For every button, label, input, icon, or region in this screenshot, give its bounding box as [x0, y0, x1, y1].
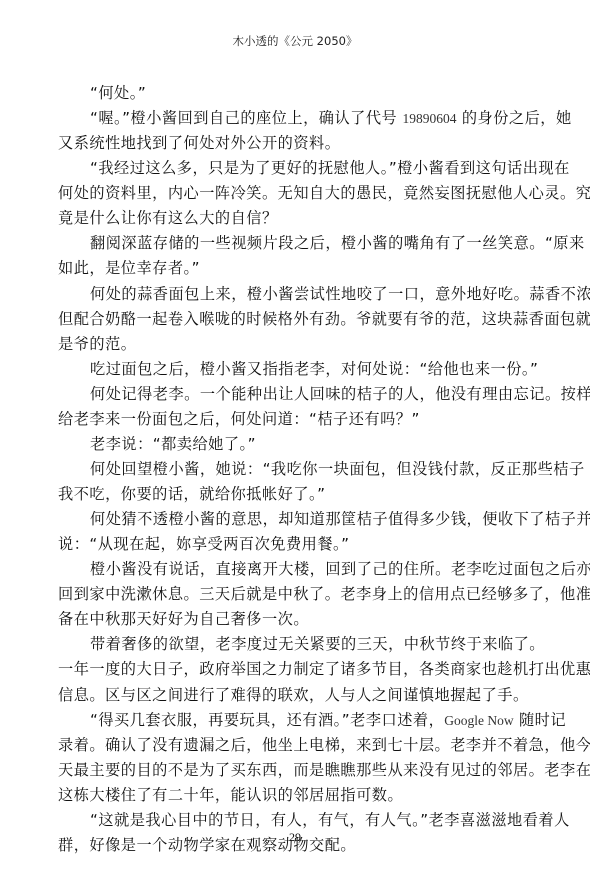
text-line: 何处的蒜香面包上来，橙小酱尝试性地咬了一口，意外地好吃。蒜香不浓， — [58, 282, 534, 307]
text-line: 备在中秋那天好好为自己奢侈一次。 — [58, 607, 534, 632]
text-line: 这栋大楼住了有二十年，能认识的邻居屈指可数。 — [58, 783, 534, 808]
text-segment: 随时记 — [514, 711, 566, 729]
text-line: 如此，是位幸存者。” — [58, 256, 534, 281]
text-line: 翻阅深蓝存储的一些视频片段之后，橙小酱的嘴角有了一丝笑意。“原来 — [58, 231, 534, 256]
text-line: 老李说：“都卖给她了。” — [58, 432, 534, 457]
text-line: 但配合奶酪一起卷入喉咙的时候格外有劲。爷就要有爷的范，这块蒜香面包就 — [58, 307, 534, 332]
text-line: 何处记得老李。一个能种出让人回味的桔子的人，他没有理由忘记。按样 — [58, 382, 534, 407]
running-header: 木小透的《公元 2050》 — [0, 33, 590, 49]
text-segment: “得买几套衣服，再要玩具，还有酒。”老李口述着， — [90, 711, 444, 729]
text-line: 一年一度的大日子，政府举国之力制定了诸多节目，各类商家也趁机打出优惠 — [58, 657, 534, 682]
text-line: “得买几套衣服，再要玩具，还有酒。”老李口述着，Google Now 随时记 — [58, 708, 534, 733]
text-line: 我不吃，你要的话，就给你抵帐好了。” — [58, 482, 534, 507]
text-line: 何处的资料里，内心一阵冷笑。无知自大的愚民，竟然妄图抚慰他人心灵。究 — [58, 181, 534, 206]
body-text: “何处。” “喔。”橙小酱回到自己的座位上，确认了代号 19890604 的身份… — [58, 81, 534, 858]
text-line: 天最主要的目的不是为了买东西，而是瞧瞧那些从来没有见过的邻居。老李在 — [58, 758, 534, 783]
text-line: 橙小酱没有说话，直接离开大楼，回到了己的住所。老李吃过面包之后亦 — [58, 557, 534, 582]
text-segment: “喔。”橙小酱回到自己的座位上，确认了代号 — [90, 109, 403, 127]
text-line: 带着奢侈的欲望，老李度过无关紧要的三天，中秋节终于来临了。 — [58, 632, 534, 657]
text-line: 是爷的范。 — [58, 332, 534, 357]
text-line: “喔。”橙小酱回到自己的座位上，确认了代号 19890604 的身份之后，她 — [58, 106, 534, 131]
text-line: 何处回望橙小酱，她说：“我吃你一块面包，但没钱付款，反正那些桔子 — [58, 457, 534, 482]
text-line: 吃过面包之后，橙小酱又指指老李，对何处说：“给他也来一份。” — [58, 357, 534, 382]
page-number: 29 — [0, 830, 590, 845]
text-line: 录着。确认了没有遗漏之后，他坐上电梯，来到七十层。老李并不着急，他今 — [58, 733, 534, 758]
text-line: “何处。” — [58, 81, 534, 106]
text-line: “我经过这么多，只是为了更好的抚慰他人。”橙小酱看到这句话出现在 — [58, 156, 534, 181]
text-line: 又系统性地找到了何处对外公开的资料。 — [58, 131, 534, 156]
text-line: 何处猜不透橙小酱的意思，却知道那筐桔子值得多少钱，便收下了桔子并 — [58, 507, 534, 532]
text-line: 给老李来一份面包之后，何处问道：“桔子还有吗？” — [58, 407, 534, 432]
text-segment: 的身份之后，她 — [457, 109, 572, 127]
text-line: 信息。区与区之间进行了难得的联欢，人与人之间谨慎地握起了手。 — [58, 683, 534, 708]
product-name: Google Now — [444, 713, 513, 728]
code-number: 19890604 — [403, 111, 457, 126]
text-line: 回到家中洗漱休息。三天后就是中秋了。老李身上的信用点已经够多了，他准 — [58, 582, 534, 607]
text-line: 说：“从现在起，妳享受两百次免费用餐。” — [58, 532, 534, 557]
text-line: 竟是什么让你有这么大的自信？ — [58, 206, 534, 231]
